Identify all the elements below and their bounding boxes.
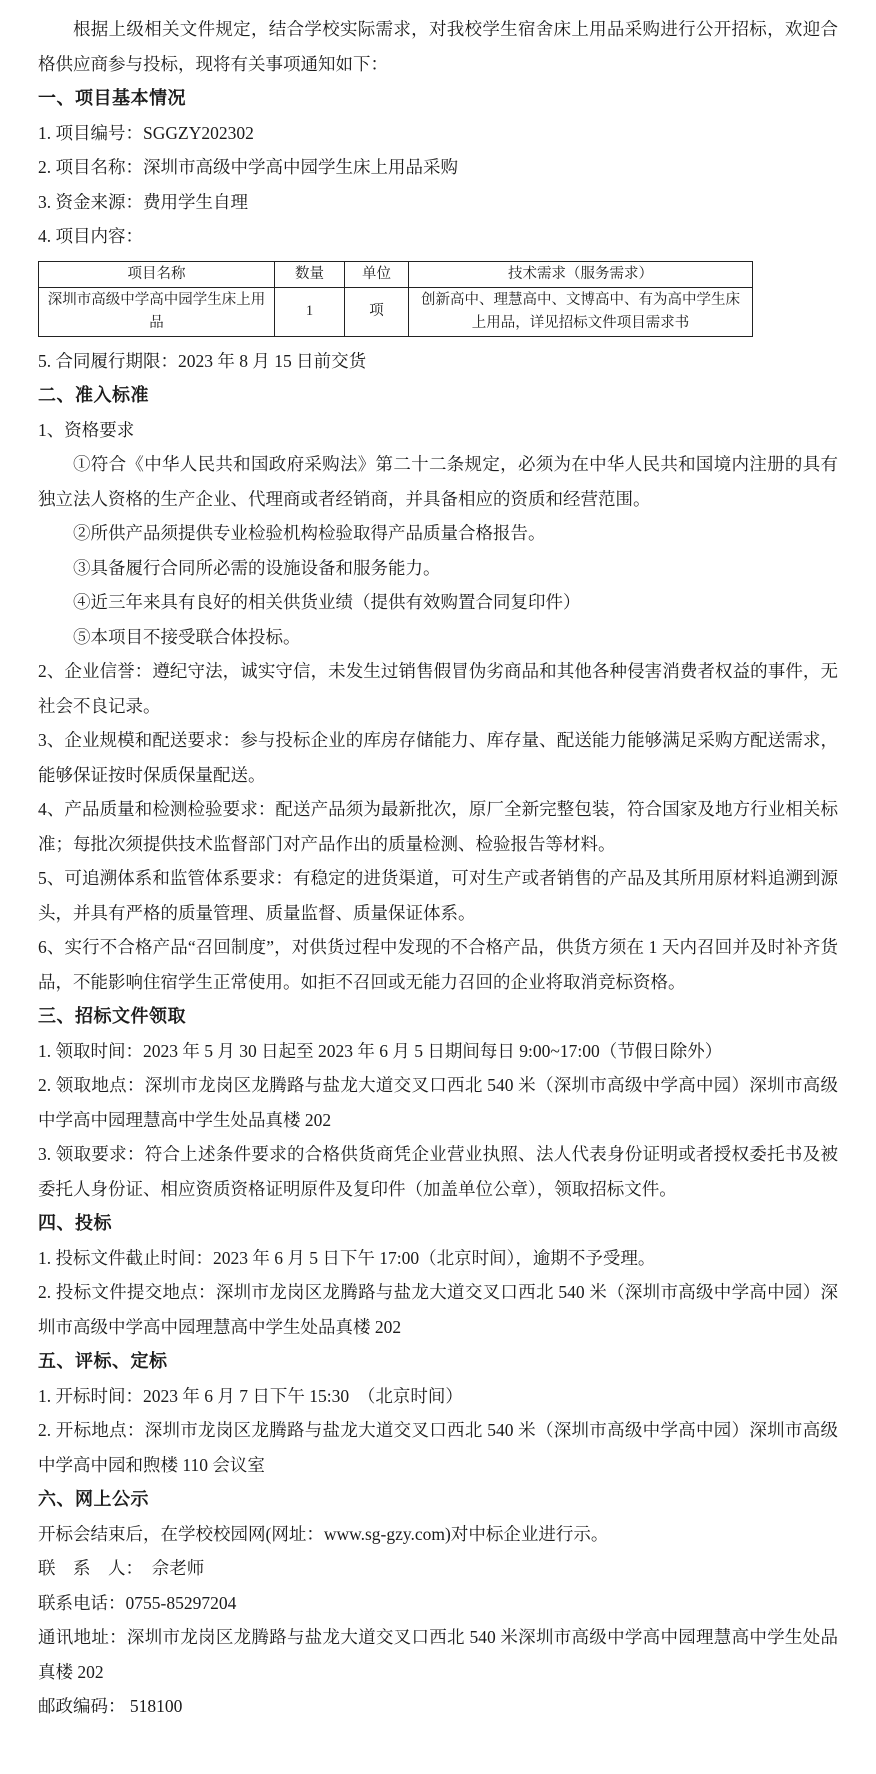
paragraph: 开标会结束后，在学校校园网(网址：www.sg-gzy.com)对中标企业进行示… xyxy=(38,1517,838,1552)
section-heading: 二、准入标准 xyxy=(38,378,838,413)
section-heading: 三、招标文件领取 xyxy=(38,999,838,1034)
paragraph: 1. 领取时间：2023 年 5 月 30 日起至 2023 年 6 月 5 日… xyxy=(38,1034,838,1069)
paragraph: 1、资格要求 xyxy=(38,413,838,448)
paragraph: 邮政编码： 518100 xyxy=(38,1689,838,1724)
paragraph: ①符合《中华人民共和国政府采购法》第二十二条规定，必须为在中华人民共和国境内注册… xyxy=(38,447,838,516)
table-header-cell: 项目名称 xyxy=(39,261,275,287)
paragraph: ②所供产品须提供专业检验机构检验取得产品质量合格报告。 xyxy=(38,516,838,551)
table-header-cell: 数量 xyxy=(275,261,345,287)
paragraph: 6、实行不合格产品“召回制度”，对供货过程中发现的不合格产品，供货方须在 1 天… xyxy=(38,930,838,999)
paragraph: 联 系 人： 佘老师 xyxy=(38,1551,838,1586)
paragraph: 2. 投标文件提交地点：深圳市龙岗区龙腾路与盐龙大道交叉口西北 540 米（深圳… xyxy=(38,1275,838,1344)
table-row: 深圳市高级中学高中园学生床上用品1项创新高中、理慧高中、文博高中、有为高中学生床… xyxy=(39,287,753,336)
paragraph: 联系电话：0755-85297204 xyxy=(38,1586,838,1621)
table-cell: 深圳市高级中学高中园学生床上用品 xyxy=(39,287,275,336)
paragraph: 2. 领取地点：深圳市龙岗区龙腾路与盐龙大道交叉口西北 540 米（深圳市高级中… xyxy=(38,1068,838,1137)
table-header-row: 项目名称数量单位技术需求（服务需求） xyxy=(39,261,753,287)
table-cell: 创新高中、理慧高中、文博高中、有为高中学生床上用品，详见招标文件项目需求书 xyxy=(409,287,753,336)
section-heading: 六、网上公示 xyxy=(38,1482,838,1517)
table-header-cell: 单位 xyxy=(345,261,409,287)
paragraph: 2、企业信誉：遵纪守法，诚实守信，未发生过销售假冒伪劣商品和其他各种侵害消费者权… xyxy=(38,654,838,723)
paragraph: 5、可追溯体系和监管体系要求：有稳定的进货渠道，可对生产或者销售的产品及其所用原… xyxy=(38,861,838,930)
paragraph: 5. 合同履行期限：2023 年 8 月 15 日前交货 xyxy=(38,344,838,379)
paragraph: 1. 开标时间：2023 年 6 月 7 日下午 15:30 （北京时间） xyxy=(38,1379,838,1414)
paragraph: 2. 开标地点：深圳市龙岗区龙腾路与盐龙大道交叉口西北 540 米（深圳市高级中… xyxy=(38,1413,838,1482)
table-cell: 1 xyxy=(275,287,345,336)
paragraph: 通讯地址：深圳市龙岗区龙腾路与盐龙大道交叉口西北 540 米深圳市高级中学高中园… xyxy=(38,1620,838,1689)
paragraph: 3、企业规模和配送要求：参与投标企业的库房存储能力、库存量、配送能力能够满足采购… xyxy=(38,723,838,792)
paragraph: 4、产品质量和检测检验要求：配送产品须为最新批次，原厂全新完整包装，符合国家及地… xyxy=(38,792,838,861)
paragraph: 2. 项目名称：深圳市高级中学高中园学生床上用品采购 xyxy=(38,150,838,185)
paragraph: 1. 投标文件截止时间：2023 年 6 月 5 日下午 17:00（北京时间）… xyxy=(38,1241,838,1276)
paragraph: 1. 项目编号：SGGZY202302 xyxy=(38,116,838,151)
tender-notice-document: 根据上级相关文件规定，结合学校实际需求，对我校学生宿舍床上用品采购进行公开招标，… xyxy=(0,0,876,1774)
table-cell: 项 xyxy=(345,287,409,336)
section-heading: 一、项目基本情况 xyxy=(38,81,838,116)
paragraph: ④近三年来具有良好的相关供货业绩（提供有效购置合同复印件） xyxy=(38,585,838,620)
paragraph: 3. 资金来源：费用学生自理 xyxy=(38,185,838,220)
project-content-table: 项目名称数量单位技术需求（服务需求）深圳市高级中学高中园学生床上用品1项创新高中… xyxy=(38,261,753,337)
paragraph: ③具备履行合同所必需的设施设备和服务能力。 xyxy=(38,551,838,586)
table-header-cell: 技术需求（服务需求） xyxy=(409,261,753,287)
paragraph: ⑤本项目不接受联合体投标。 xyxy=(38,620,838,655)
paragraph: 3. 领取要求：符合上述条件要求的合格供货商凭企业营业执照、法人代表身份证明或者… xyxy=(38,1137,838,1206)
section-heading: 四、投标 xyxy=(38,1206,838,1241)
section-heading: 五、评标、定标 xyxy=(38,1344,838,1379)
paragraph: 根据上级相关文件规定，结合学校实际需求，对我校学生宿舍床上用品采购进行公开招标，… xyxy=(38,12,838,81)
paragraph: 4. 项目内容： xyxy=(38,219,838,254)
